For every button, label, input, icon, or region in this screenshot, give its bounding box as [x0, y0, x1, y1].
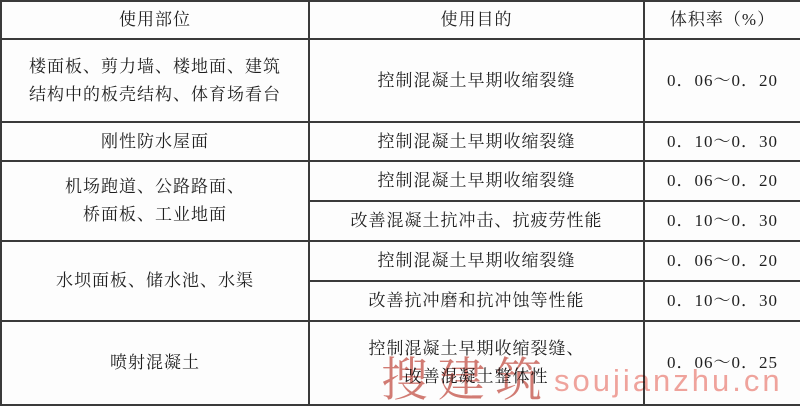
cell-rate: 0．06～0．20 [644, 241, 800, 281]
header-purpose: 使用目的 [309, 1, 644, 39]
cell-rate: 0．10～0．30 [644, 281, 800, 321]
table-row: 刚性防水屋面 控制混凝土早期收缩裂缝 0．10～0．30 [1, 122, 800, 161]
table-row: 楼面板、剪力墙、楼地面、建筑 结构中的板壳结构、体育场看台 控制混凝土早期收缩裂… [1, 39, 800, 122]
cell-purpose: 控制混凝土早期收缩裂缝 [309, 241, 644, 281]
cell-rate: 0．10～0．30 [644, 201, 800, 241]
cell-purpose: 改善混凝土抗冲击、抗疲劳性能 [309, 201, 644, 241]
usage-table: 使用部位 使用目的 体积率（%） 楼面板、剪力墙、楼地面、建筑 结构中的板壳结构… [0, 0, 800, 406]
cell-location-dam-panels: 水坝面板、储水池、水渠 [1, 241, 309, 321]
purpose-line: 改善混凝土整体性 [314, 363, 639, 391]
header-location: 使用部位 [1, 1, 309, 39]
location-line: 结构中的板壳结构、体育场看台 [6, 81, 304, 109]
header-row: 使用部位 使用目的 体积率（%） [1, 1, 800, 39]
table-row: 喷射混凝土 控制混凝土早期收缩裂缝、 改善混凝土整体性 0．06～0．25 [1, 321, 800, 405]
cell-rate: 0．06～0．25 [644, 321, 800, 405]
table-row: 水坝面板、储水池、水渠 控制混凝土早期收缩裂缝 0．06～0．20 [1, 241, 800, 281]
header-rate: 体积率（%） [644, 1, 800, 39]
location-line: 桥面板、工业地面 [6, 201, 304, 229]
cell-location-floor-slabs: 楼面板、剪力墙、楼地面、建筑 结构中的板壳结构、体育场看台 [1, 39, 309, 122]
table-row: 机场跑道、公路路面、 桥面板、工业地面 控制混凝土早期收缩裂缝 0．06～0．2… [1, 161, 800, 201]
cell-purpose: 控制混凝土早期收缩裂缝 [309, 161, 644, 201]
location-line: 楼面板、剪力墙、楼地面、建筑 [6, 53, 304, 81]
cell-purpose: 控制混凝土早期收缩裂缝、 改善混凝土整体性 [309, 321, 644, 405]
cell-location-runway-pavement: 机场跑道、公路路面、 桥面板、工业地面 [1, 161, 309, 241]
cell-purpose: 控制混凝土早期收缩裂缝 [309, 122, 644, 161]
purpose-line: 控制混凝土早期收缩裂缝、 [314, 335, 639, 363]
cell-rate: 0．06～0．20 [644, 161, 800, 201]
cell-purpose: 控制混凝土早期收缩裂缝 [309, 39, 644, 122]
cell-rate: 0．06～0．20 [644, 39, 800, 122]
cell-rate: 0．10～0．30 [644, 122, 800, 161]
cell-location-rigid-roof: 刚性防水屋面 [1, 122, 309, 161]
cell-purpose: 改善抗冲磨和抗冲蚀等性能 [309, 281, 644, 321]
location-line: 机场跑道、公路路面、 [6, 173, 304, 201]
cell-location-shotcrete: 喷射混凝土 [1, 321, 309, 405]
